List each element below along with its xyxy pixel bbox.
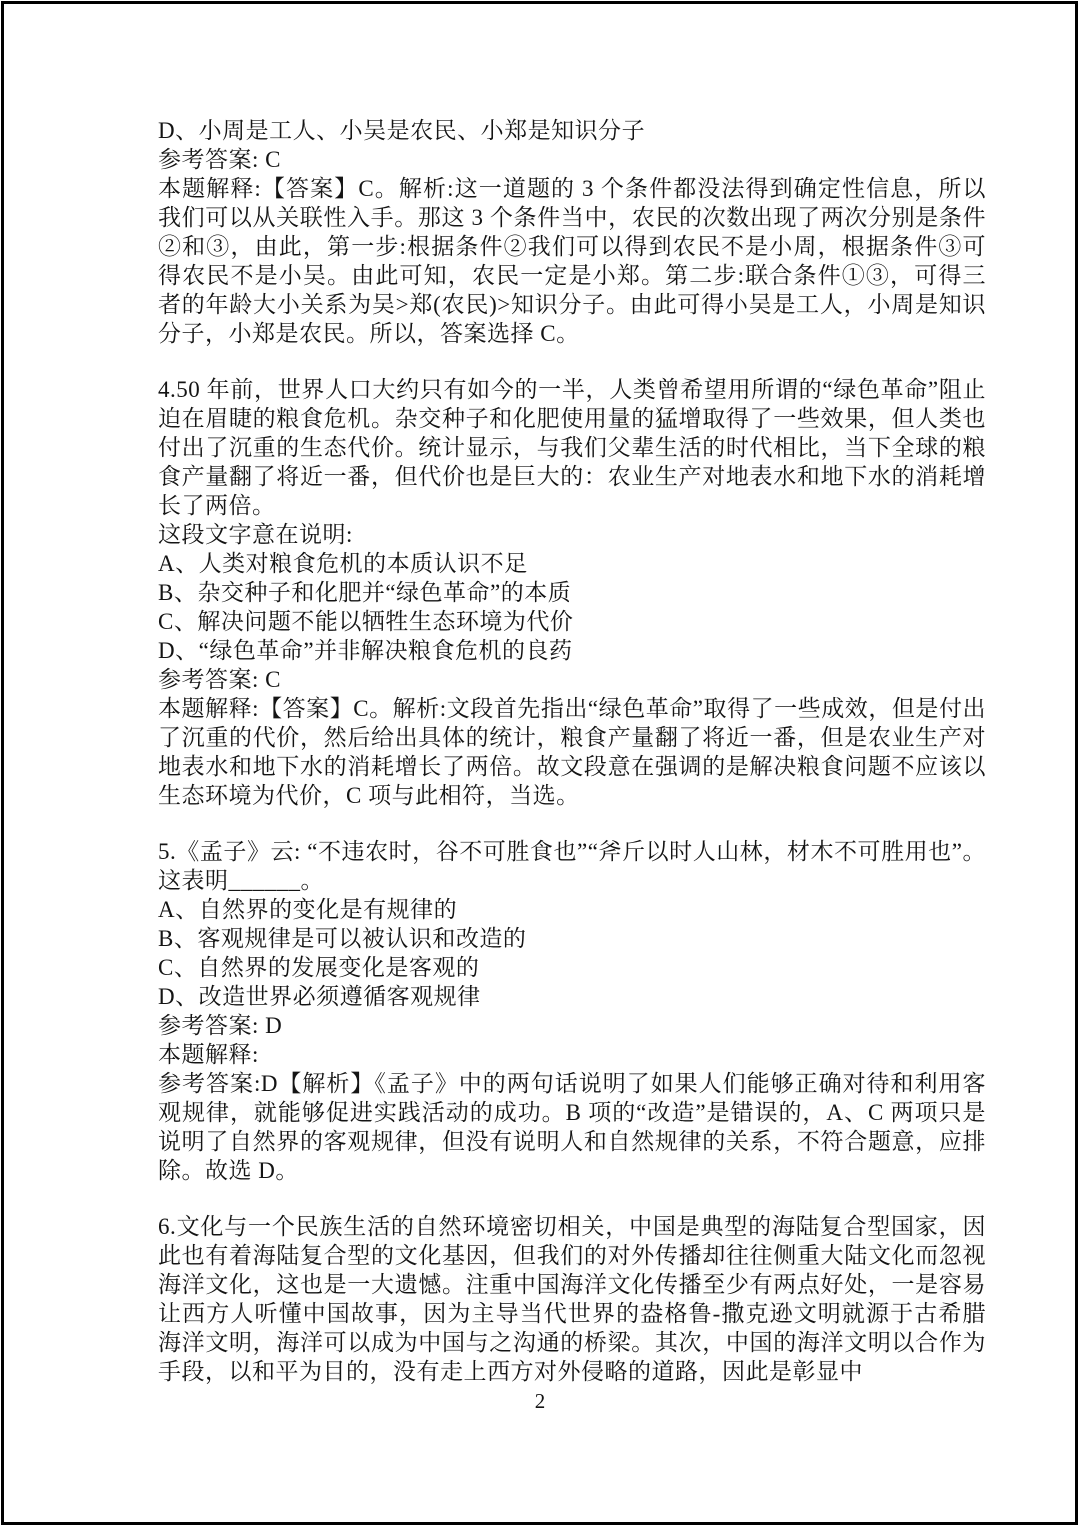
question-3-tail: D、小周是工人、小吴是农民、小郑是知识分子 参考答案: C 本题解释:【答案】C… [158, 116, 986, 348]
q4-stem: 4.50 年前，世界人口大约只有如今的一半，人类曾希望用所谓的“绿色革命”阻止迫… [158, 375, 986, 520]
page-content: D、小周是工人、小吴是农民、小郑是知识分子 参考答案: C 本题解释:【答案】C… [158, 116, 986, 1386]
q5-option-d: D、改造世界必须遵循客观规律 [158, 982, 986, 1011]
q6-stem: 6.文化与一个民族生活的自然环境密切相关，中国是典型的海陆复合型国家，因此也有着… [158, 1212, 986, 1386]
question-4: 4.50 年前，世界人口大约只有如今的一半，人类曾希望用所谓的“绿色革命”阻止迫… [158, 375, 986, 810]
q5-option-b: B、客观规律是可以被认识和改造的 [158, 924, 986, 953]
q3-answer-line: 参考答案: C [158, 145, 986, 174]
q5-explanation: 参考答案:D【解析】《孟子》中的两句话说明了如果人们能够正确对待和利用客观规律，… [158, 1069, 986, 1185]
question-5: 5.《孟子》云: “不违农时，谷不可胜食也”“斧斤以时人山林，材木不可胜用也”。… [158, 837, 986, 1185]
q4-explanation: 本题解释:【答案】C。解析:文段首先指出“绿色革命”取得了一些成效，但是付出了沉… [158, 694, 986, 810]
q4-prompt: 这段文字意在说明: [158, 520, 986, 549]
page-number: 2 [0, 1388, 1080, 1414]
question-6: 6.文化与一个民族生活的自然环境密切相关，中国是典型的海陆复合型国家，因此也有着… [158, 1212, 986, 1386]
q5-option-a: A、自然界的变化是有规律的 [158, 895, 986, 924]
q3-option-d: D、小周是工人、小吴是农民、小郑是知识分子 [158, 116, 986, 145]
q4-option-c: C、解决问题不能以牺牲生态环境为代价 [158, 607, 986, 636]
q4-option-d: D、“绿色革命”并非解决粮食危机的良药 [158, 636, 986, 665]
q5-stem: 5.《孟子》云: “不违农时，谷不可胜食也”“斧斤以时人山林，材木不可胜用也”。… [158, 837, 986, 895]
q5-answer-line: 参考答案: D [158, 1011, 986, 1040]
q4-answer-line: 参考答案: C [158, 665, 986, 694]
document-page: D、小周是工人、小吴是农民、小郑是知识分子 参考答案: C 本题解释:【答案】C… [0, 0, 1080, 1527]
q5-explanation-label: 本题解释: [158, 1040, 986, 1069]
q5-option-c: C、自然界的发展变化是客观的 [158, 953, 986, 982]
q4-option-a: A、人类对粮食危机的本质认识不足 [158, 549, 986, 578]
q3-explanation: 本题解释:【答案】C。解析:这一道题的 3 个条件都没法得到确定性信息，所以我们… [158, 174, 986, 348]
q4-option-b: B、杂交种子和化肥并“绿色革命”的本质 [158, 578, 986, 607]
